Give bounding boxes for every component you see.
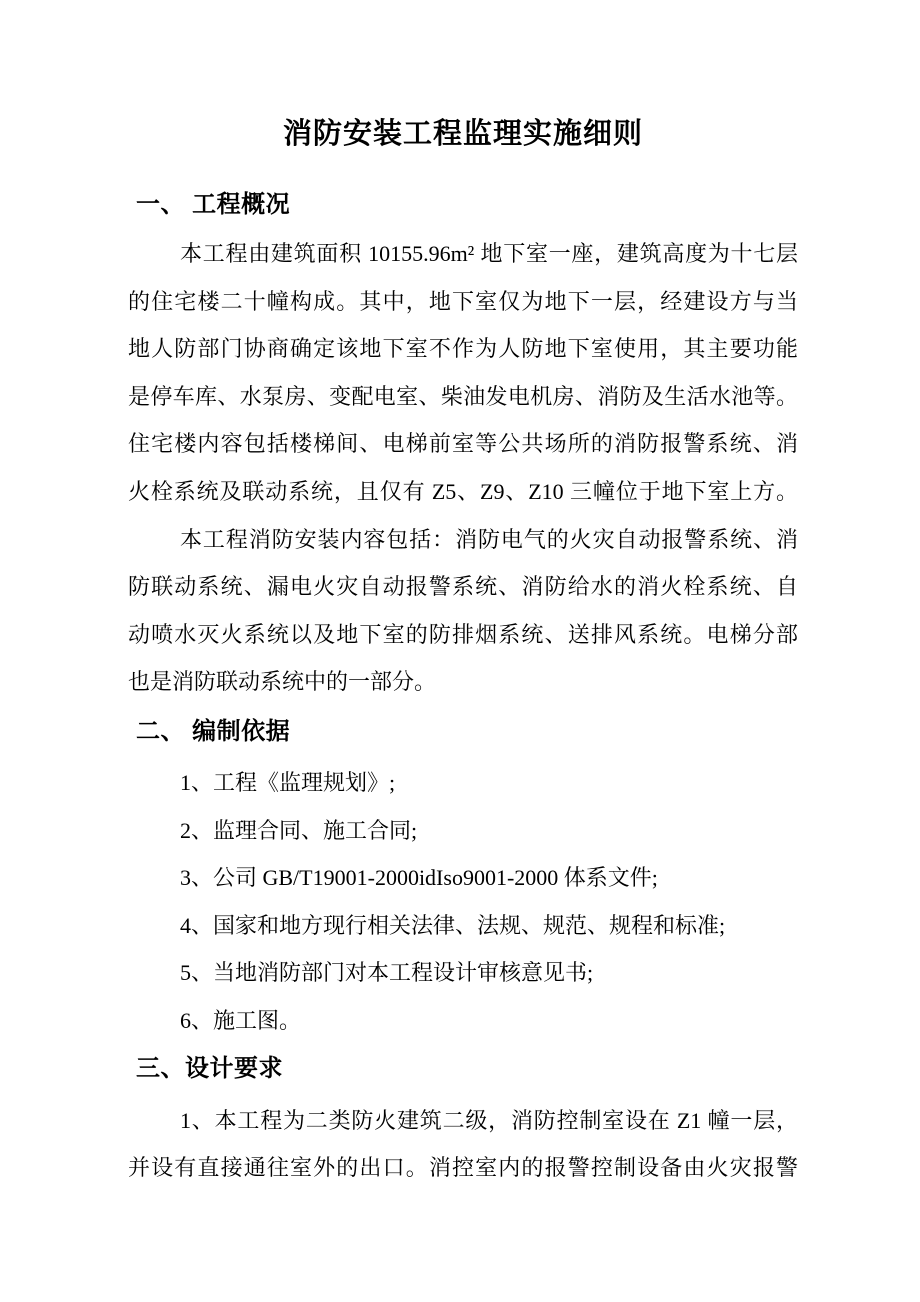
section-heading-3: 三、设计要求 — [128, 1053, 798, 1085]
paragraph-line: 动喷水灭火系统以及地下室的防排烟系统、送排风系统。电梯分部 — [128, 611, 798, 659]
document-page: 消防安装工程监理实施细则 一、 工程概况 本工程由建筑面积 10155.96m²… — [0, 0, 920, 1302]
paragraph-line: 防联动系统、漏电火灾自动报警系统、消防给水的消火栓系统、自 — [128, 563, 798, 611]
list-item: 2、监理合同、施工合同; — [128, 807, 798, 855]
paragraph-line: 住宅楼内容包括楼梯间、电梯前室等公共场所的消防报警系统、消 — [128, 420, 798, 468]
paragraph-line: 也是消防联动系统中的一部分。 — [128, 658, 798, 706]
paragraph-line: 的住宅楼二十幢构成。其中，地下室仅为地下一层，经建设方与当 — [128, 278, 798, 326]
paragraph-line: 火栓系统及联动系统，且仅有 Z5、Z9、Z10 三幢位于地下室上方。 — [128, 468, 798, 516]
paragraph-overview-2: 本工程消防安装内容包括：消防电气的火灾自动报警系统、消 防联动系统、漏电火灾自动… — [128, 516, 798, 706]
section-heading-1: 一、 工程概况 — [128, 189, 798, 221]
paragraph-line: 本工程由建筑面积 10155.96m² 地下室一座，建筑高度为十七层 — [128, 230, 798, 278]
list-item: 1、工程《监理规划》; — [128, 759, 798, 807]
list-item: 4、国家和地方现行相关法律、法规、规范、规程和标准; — [128, 902, 798, 950]
list-item: 3、公司 GB/T19001-2000idIso9001-2000 体系文件; — [128, 854, 798, 902]
list-item: 6、施工图。 — [128, 997, 798, 1045]
paragraph-overview-1: 本工程由建筑面积 10155.96m² 地下室一座，建筑高度为十七层 的住宅楼二… — [128, 230, 798, 516]
paragraph-line: 地人防部门协商确定该地下室不作为人防地下室使用，其主要功能 — [128, 325, 798, 373]
paragraph-line: 并设有直接通往室外的出口。消控室内的报警控制设备由火灾报警 — [128, 1144, 798, 1192]
paragraph-line: 1、本工程为二类防火建筑二级，消防控制室设在 Z1 幢一层， — [128, 1097, 798, 1145]
paragraph-line: 是停车库、水泵房、变配电室、柴油发电机房、消防及生活水池等。 — [128, 373, 798, 421]
basis-list: 1、工程《监理规划》; 2、监理合同、施工合同; 3、公司 GB/T19001-… — [128, 759, 798, 1045]
paragraph-design-1: 1、本工程为二类防火建筑二级，消防控制室设在 Z1 幢一层， 并设有直接通往室外… — [128, 1097, 798, 1192]
document-content: 消防安装工程监理实施细则 一、 工程概况 本工程由建筑面积 10155.96m²… — [128, 0, 798, 1192]
section-heading-2: 二、 编制依据 — [128, 716, 798, 748]
paragraph-line: 本工程消防安装内容包括：消防电气的火灾自动报警系统、消 — [128, 516, 798, 564]
list-item: 5、当地消防部门对本工程设计审核意见书; — [128, 949, 798, 997]
document-title: 消防安装工程监理实施细则 — [128, 115, 798, 153]
